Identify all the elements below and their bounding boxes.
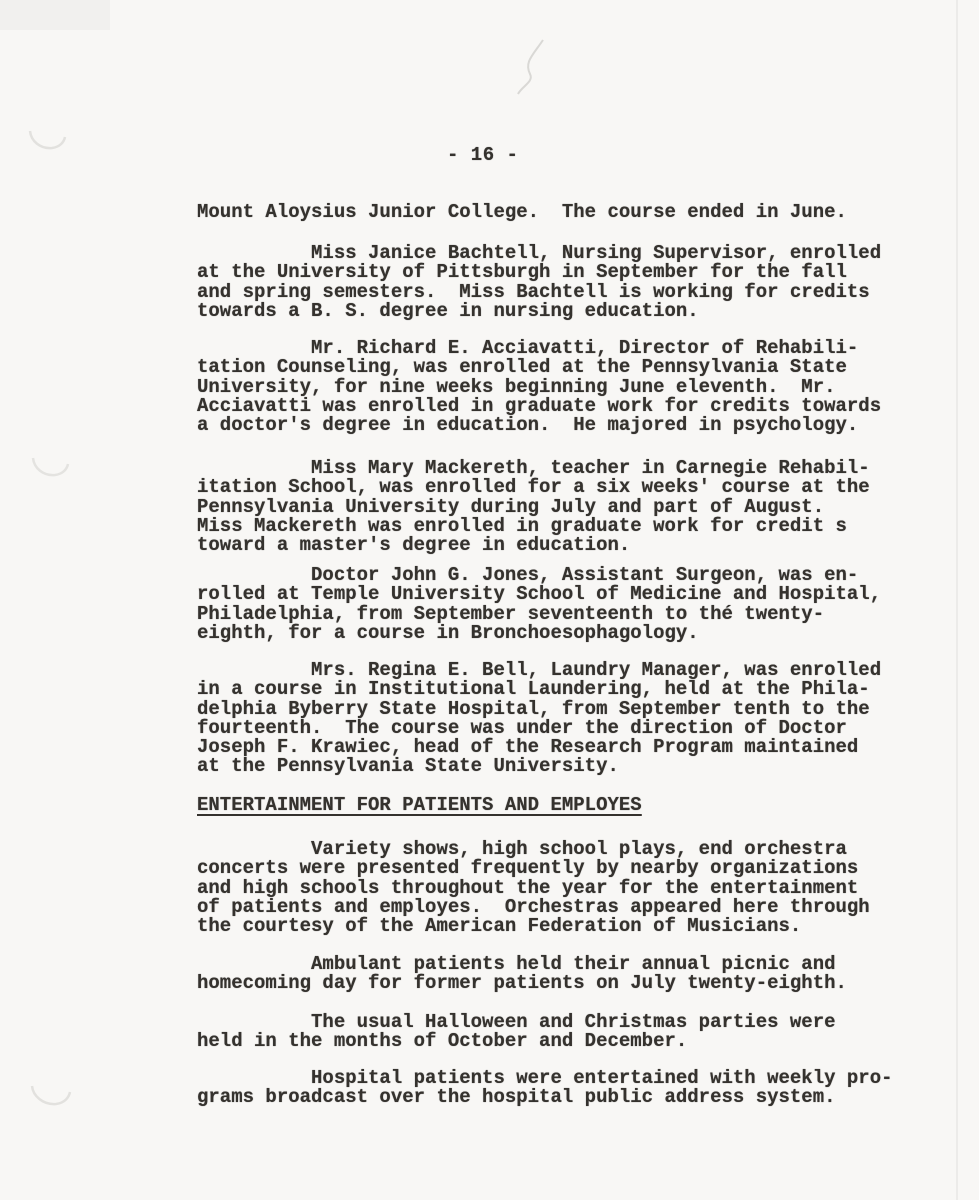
scan-smile-mark-top <box>30 131 65 148</box>
paragraph-weekly-broadcasts: Hospital patients were entertained with … <box>197 1069 917 1108</box>
paragraph-richard-acciavatti: Mr. Richard E. Acciavatti, Director of R… <box>197 339 917 435</box>
paragraph-mary-mackereth: Miss Mary Mackereth, teacher in Carnegie… <box>197 459 917 555</box>
paragraph-continued-from-previous-page: Mount Aloysius Junior College. The cours… <box>197 203 917 222</box>
paragraph-john-jones: Doctor John G. Jones, Assistant Surgeon,… <box>197 566 917 643</box>
paragraph-janice-bachtell: Miss Janice Bachtell, Nursing Supervisor… <box>197 244 917 321</box>
section-heading-entertainment: ENTERTAINMENT FOR PATIENTS AND EMPLOYES <box>197 796 917 815</box>
scan-squiggle-mark <box>518 40 543 94</box>
scanned-document-page: - 16 - Mount Aloysius Junior College. Th… <box>0 0 979 1200</box>
paragraph-ambulant-patients: Ambulant patients held their annual picn… <box>197 955 917 994</box>
paragraph-variety-shows: Variety shows, high school plays, end or… <box>197 840 917 936</box>
paragraph-regina-bell: Mrs. Regina E. Bell, Laundry Manager, wa… <box>197 661 917 777</box>
page-number: - 16 - <box>447 144 518 166</box>
paragraph-holiday-parties: The usual Halloween and Christmas partie… <box>197 1013 917 1052</box>
scan-smile-mark-middle <box>33 458 68 475</box>
scan-corner-shading <box>0 0 110 30</box>
scan-smile-mark-bottom <box>32 1086 70 1104</box>
